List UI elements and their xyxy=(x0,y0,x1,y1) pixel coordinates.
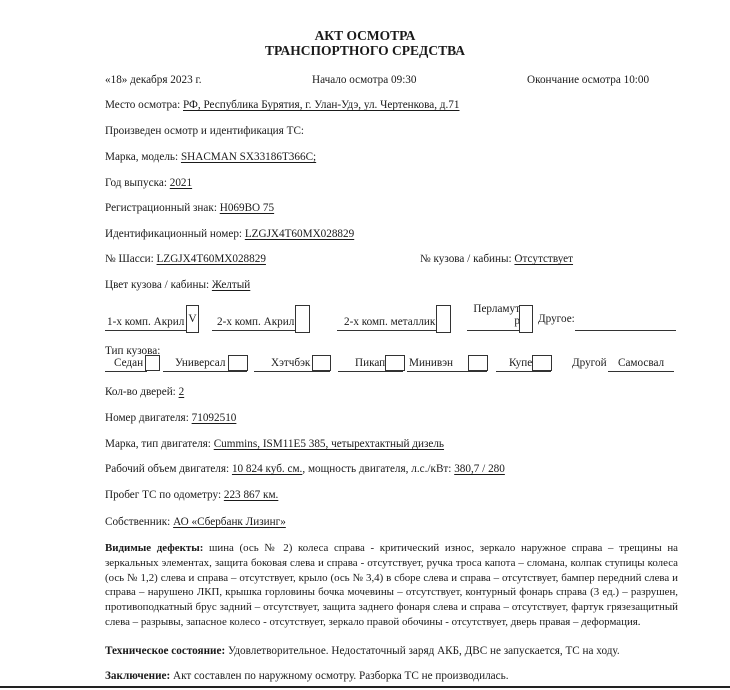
owner-row: Собственник: АО «Сбербанк Лизинг» xyxy=(105,516,286,528)
vin-value: LZGJX4T60MX028829 xyxy=(245,228,354,240)
engine-volume-value: 10 824 куб. см. xyxy=(232,463,302,475)
chassis-value: LZGJX4T60MX028829 xyxy=(157,253,266,265)
body-type-checkbox-pickup[interactable] xyxy=(385,355,405,371)
condition-text: Удовлетворительное. Недостаточный заряд … xyxy=(228,645,620,657)
inspection-start-time: Начало осмотра 09:30 xyxy=(312,74,417,86)
chassis-row: № Шасси: LZGJX4T60MX028829 xyxy=(105,253,266,265)
engine-volume-label: Рабочий объем двигателя: xyxy=(105,463,229,475)
reg-value: Н069ВО 75 xyxy=(220,202,274,214)
engine-number-value: 71092510 xyxy=(192,412,237,424)
place-value: РФ, Республика Бурятия, г. Улан-Удэ, ул.… xyxy=(183,99,459,111)
year-value: 2021 xyxy=(170,177,192,189)
condition-label: Техническое состояние: xyxy=(105,645,225,657)
model-row: Марка, модель: SHACMAN SX33186T366C; xyxy=(105,151,316,163)
body-type-checkbox-coupe[interactable] xyxy=(532,355,552,371)
body-type-checkbox-wagon[interactable] xyxy=(228,355,248,371)
paint-checkbox-pearl[interactable] xyxy=(519,305,533,333)
model-label: Марка, модель: xyxy=(105,151,178,163)
body-number-row: № кузова / кабины: Отсутствует xyxy=(420,253,573,265)
document-title-line1: АКТ ОСМОТРА xyxy=(0,28,730,44)
body-type-checkbox-sedan[interactable] xyxy=(145,355,160,371)
engine-type-label: Марка, тип двигателя: xyxy=(105,438,211,450)
mileage-value: 223 867 км. xyxy=(224,489,278,501)
conclusion-label: Заключение: xyxy=(105,670,170,682)
doors-row: Кол-во дверей: 2 xyxy=(105,386,184,398)
paint-checkbox-metallic[interactable] xyxy=(436,305,451,333)
inspection-end-time: Окончание осмотра 10:00 xyxy=(527,74,649,86)
mileage-label: Пробег ТС по одометру: xyxy=(105,489,221,501)
engine-number-label: Номер двигателя: xyxy=(105,412,189,424)
identification-heading: Произведен осмотр и идентификация ТС: xyxy=(105,125,304,137)
body-type-checkbox-minivan[interactable] xyxy=(468,355,488,371)
body-type-option-label: Универсал xyxy=(175,357,225,369)
engine-power-label: , мощность двигателя, л.с./кВт: xyxy=(302,463,451,475)
body-type-option-label: Купе xyxy=(509,357,532,369)
reg-row: Регистрационный знак: Н069ВО 75 xyxy=(105,202,274,214)
paint-option-label: 2-х комп. Акрил xyxy=(217,316,294,328)
inspection-date: «18» декабря 2023 г. xyxy=(105,74,202,86)
paint-other-label: Другое: xyxy=(538,313,575,325)
body-number-label: № кузова / кабины: xyxy=(420,253,512,265)
body-type-option-label: Минивэн xyxy=(409,357,453,369)
owner-value: АО «Сбербанк Лизинг» xyxy=(173,516,286,528)
conclusion-text: Акт составлен по наружному осмотру. Разб… xyxy=(173,670,509,682)
color-label: Цвет кузова / кабины: xyxy=(105,279,209,291)
year-row: Год выпуска: 2021 xyxy=(105,177,192,189)
reg-label: Регистрационный знак: xyxy=(105,202,217,214)
color-value: Желтый xyxy=(212,279,250,291)
body-type-option-label: Седан xyxy=(114,357,143,369)
doors-value: 2 xyxy=(179,386,185,398)
body-type-checkbox-hatchback[interactable] xyxy=(312,355,331,371)
place-row: Место осмотра: РФ, Республика Бурятия, г… xyxy=(105,99,459,111)
doors-label: Кол-во дверей: xyxy=(105,386,176,398)
mileage-row: Пробег ТС по одометру: 223 867 км. xyxy=(105,489,278,501)
defects-text: шина (ось № 2) колеса справа - критическ… xyxy=(105,542,678,628)
engine-power-value: 380,7 / 280 xyxy=(454,463,505,475)
engine-type-row: Марка, тип двигателя: Cummins, ISM11E5 3… xyxy=(105,438,444,450)
paint-checkbox-acrylic-1[interactable]: V xyxy=(186,305,199,333)
defects-paragraph: Видимые дефекты: шина (ось № 2) колеса с… xyxy=(105,541,678,630)
engine-type-value: Cummins, ISM11E5 385, четырехтактный диз… xyxy=(214,438,444,450)
engine-volume-row: Рабочий объем двигателя: 10 824 куб. см.… xyxy=(105,463,505,475)
paint-checkbox-acrylic-2[interactable] xyxy=(295,305,310,333)
body-type-other-value: Самосвал xyxy=(618,357,664,369)
vin-row: Идентификационный номер: LZGJX4T60MX0288… xyxy=(105,228,354,240)
body-number-value: Отсутствует xyxy=(514,253,573,265)
model-value: SHACMAN SX33186T366C; xyxy=(181,151,316,163)
body-type-other-label: Другой xyxy=(572,357,607,369)
condition-row: Техническое состояние: Удовлетворительно… xyxy=(105,645,620,657)
paint-option-label: 1-х комп. Акрил xyxy=(107,316,184,328)
vin-label: Идентификационный номер: xyxy=(105,228,242,240)
defects-label: Видимые дефекты: xyxy=(105,542,203,554)
year-label: Год выпуска: xyxy=(105,177,167,189)
paint-other-field[interactable] xyxy=(575,308,676,331)
place-label: Место осмотра: xyxy=(105,99,180,111)
color-row: Цвет кузова / кабины: Желтый xyxy=(105,279,250,291)
paint-option-label: 2-х комп. металлик xyxy=(344,316,435,328)
body-type-other-field[interactable]: Самосвал xyxy=(608,349,674,372)
conclusion-row: Заключение: Акт составлен по наружному о… xyxy=(105,670,509,682)
document-title-line2: ТРАНСПОРТНОГО СРЕДСТВА xyxy=(0,43,730,59)
body-type-sedan: Седан xyxy=(105,349,147,372)
paint-option-metallic: 2-х комп. металлик xyxy=(337,308,449,331)
chassis-label: № Шасси: xyxy=(105,253,154,265)
engine-number-row: Номер двигателя: 71092510 xyxy=(105,412,236,424)
owner-label: Собственник: xyxy=(105,516,170,528)
page-bottom-divider xyxy=(0,686,730,688)
body-type-option-label: Хэтчбэк xyxy=(271,357,310,369)
paint-option-label: Перламут р xyxy=(470,303,520,327)
paint-option-acrylic-1: 1-х комп. Акрил xyxy=(105,308,197,331)
body-type-option-label: Пикап xyxy=(355,357,385,369)
